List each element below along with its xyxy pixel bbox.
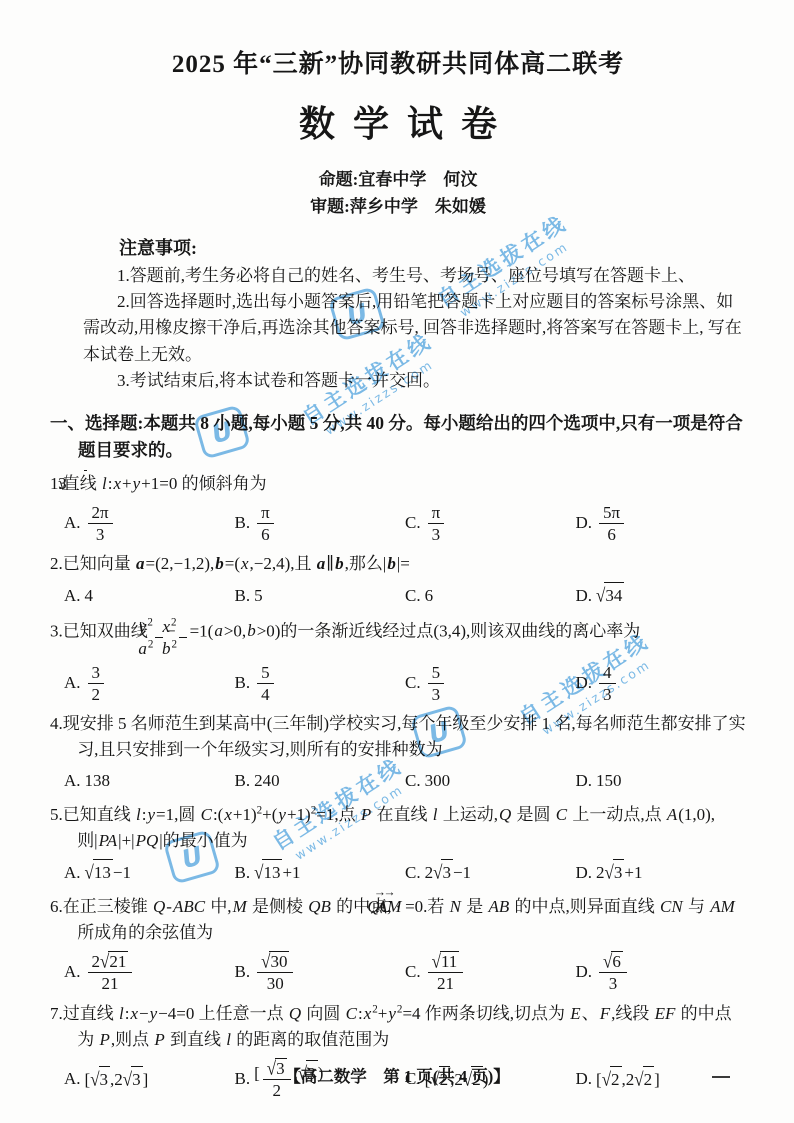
math-var: AM bbox=[709, 897, 736, 916]
math-text: 3 bbox=[92, 663, 101, 682]
fraction-denominator: 2 bbox=[88, 684, 105, 704]
math-fraction: √3030 bbox=[257, 951, 293, 993]
option-content: √63 bbox=[596, 951, 630, 993]
question-stem: 5.已知直线 l:y=1,圆 C:(x+1)2+(y+1)2=1,点 P 在直线… bbox=[50, 802, 746, 855]
option: B.240 bbox=[235, 768, 406, 794]
options-row: A.2√2121B.√3030C.√1121D.√63 bbox=[50, 951, 746, 993]
radicand: 21 bbox=[108, 951, 128, 971]
math-text: +1) bbox=[287, 805, 311, 824]
notice-heading: 注意事项: bbox=[83, 235, 746, 263]
exam-page: U 自主选拔在线 www.zizzs.com U 自主选拔在线 www.zizz… bbox=[0, 0, 794, 1123]
option-label: B. bbox=[235, 959, 251, 985]
math-text: 6 bbox=[261, 525, 270, 544]
math-text: 4 bbox=[261, 685, 270, 704]
option-label: A. bbox=[64, 768, 81, 794]
fraction-denominator: b2 bbox=[179, 638, 187, 658]
math-vector-var: a bbox=[316, 554, 327, 573]
math-text: 5 bbox=[254, 586, 263, 605]
fraction-numerator: 5 bbox=[428, 663, 445, 684]
option: A.138 bbox=[64, 768, 235, 794]
math-text: 138 bbox=[85, 771, 111, 790]
math-var: Q bbox=[498, 805, 512, 824]
radicand: 34 bbox=[604, 582, 624, 609]
radical-sign-icon: √ bbox=[261, 951, 270, 972]
math-var: EF bbox=[654, 1004, 677, 1023]
math-var: l bbox=[135, 805, 142, 824]
option: B.5 bbox=[235, 583, 406, 609]
math-text: =(2,−1,2), bbox=[146, 554, 215, 573]
exam-title: 2025 年“三新”协同教研共同体高二联考 bbox=[50, 46, 746, 85]
radical-sign-icon: √ bbox=[596, 582, 605, 612]
math-superscript: 2 bbox=[148, 638, 154, 650]
math-text: 240 bbox=[254, 771, 280, 790]
option: C.6 bbox=[405, 583, 576, 609]
math-text: :( bbox=[213, 805, 223, 824]
option-label: B. bbox=[235, 768, 251, 794]
option: B.54 bbox=[235, 663, 406, 704]
math-text: 与 bbox=[684, 897, 710, 916]
option-content: 5 bbox=[254, 583, 263, 609]
question-stem: 2.已知向量 a=(2,−1,2),b=(x,−2,4),且 a∥b,那么|b|… bbox=[50, 551, 746, 577]
math-text: ,则点 bbox=[111, 1030, 154, 1049]
math-text: =1,点 bbox=[316, 805, 360, 824]
fraction-denominator: 21 bbox=[88, 973, 133, 993]
math-var: l bbox=[101, 474, 108, 493]
math-var: a bbox=[213, 621, 224, 640]
math-text: 2 bbox=[425, 863, 434, 882]
option: D.2√3+1 bbox=[576, 859, 747, 886]
options-row: A.4B.5C.6D.√34 bbox=[50, 582, 746, 609]
math-text: 3 bbox=[609, 974, 618, 993]
math-text: 3 bbox=[96, 525, 105, 544]
bylines: 命题:宜春中学 何汶 审题:萍乡中学 朱如媛 bbox=[50, 166, 746, 221]
question: 5.已知直线 l:y=1,圆 C:(x+1)2+(y+1)2=1,点 P 在直线… bbox=[50, 802, 746, 887]
math-var: Q bbox=[152, 897, 166, 916]
math-text: =( bbox=[225, 554, 240, 573]
math-var: y bbox=[138, 617, 148, 636]
math-text: 2.已知向量 bbox=[50, 554, 135, 573]
math-sqrt: √13 bbox=[254, 859, 282, 886]
math-text: − bbox=[139, 1004, 149, 1023]
option-content: √13−1 bbox=[85, 859, 131, 886]
math-var: C bbox=[555, 805, 568, 824]
radical-sign-icon: √ bbox=[603, 951, 612, 972]
question: 4.现安排 5 名师范生到某高中(三年制)学校实习,每个年级至少安排 1 名,每… bbox=[50, 711, 746, 795]
math-text: |的最小值为 bbox=[159, 831, 247, 850]
option: B.π6 bbox=[235, 503, 406, 544]
math-text: 2 bbox=[92, 685, 101, 704]
math-var: b bbox=[246, 621, 257, 640]
math-text: ,−2,4),且 bbox=[250, 554, 316, 573]
math-var: x bbox=[223, 805, 233, 824]
math-var: CN bbox=[659, 897, 684, 916]
option: D.√63 bbox=[576, 951, 747, 993]
math-fraction: π3 bbox=[428, 503, 445, 544]
notice-item: 2.回答选择题时,选出每小题答案后,用铅笔把答题卡上对应题目的答案标号涂黑、如需… bbox=[83, 289, 746, 368]
math-fraction: 54 bbox=[257, 663, 274, 704]
math-var: x bbox=[240, 554, 250, 573]
fraction-numerator: x2 bbox=[179, 617, 187, 638]
math-text: 的距离的取值范围为 bbox=[232, 1030, 389, 1049]
math-text: 3 bbox=[432, 685, 441, 704]
math-var: AM bbox=[376, 897, 403, 916]
math-text: >0, bbox=[224, 621, 246, 640]
math-text: |= bbox=[397, 554, 410, 573]
question-stem: 1.直线 l:√3x+y+1=0 的倾斜角为 bbox=[50, 470, 746, 497]
radicand: 11 bbox=[440, 951, 459, 971]
math-sqrt: √3 bbox=[605, 859, 625, 886]
option-label: D. bbox=[576, 670, 593, 696]
math-text: =4 作两条切线,切点为 bbox=[402, 1004, 569, 1023]
question-stem: 6.在正三棱锥 Q-ABC 中,M 是侧棱 QB 的中点,→QC·→AM=0.若… bbox=[50, 894, 746, 947]
option-content: 43 bbox=[596, 663, 619, 704]
option-content: √3030 bbox=[254, 951, 296, 993]
math-text: +1) bbox=[233, 805, 257, 824]
math-text: 到直线 bbox=[166, 1030, 226, 1049]
math-text: 上一动点,点 bbox=[568, 805, 666, 824]
option-content: 2√3+1 bbox=[596, 859, 642, 886]
math-text: 所成角的余弦值为 bbox=[77, 923, 213, 942]
question: 2.已知向量 a=(2,−1,2),b=(x,−2,4),且 a∥b,那么|b|… bbox=[50, 551, 746, 610]
question: 6.在正三棱锥 Q-ABC 中,M 是侧棱 QB 的中点,→QC·→AM=0.若… bbox=[50, 894, 746, 994]
math-superscript: 2 bbox=[171, 638, 177, 650]
option-content: 300 bbox=[425, 768, 451, 794]
math-fraction: 2π3 bbox=[88, 503, 113, 544]
math-sqrt: √21 bbox=[100, 951, 128, 971]
question: 3.已知双曲线 y2a2−x2b2=1(a>0,b>0)的一条渐近线经过点(3,… bbox=[50, 617, 746, 704]
option-label: B. bbox=[235, 583, 251, 609]
fraction-numerator: π bbox=[257, 503, 274, 524]
math-text: +1 bbox=[624, 863, 642, 882]
fraction-numerator: √6 bbox=[599, 951, 627, 973]
math-text: 21 bbox=[101, 974, 118, 993]
math-var: A bbox=[666, 805, 678, 824]
math-text: 上运动, bbox=[438, 805, 498, 824]
fraction-numerator: 2π bbox=[88, 503, 113, 524]
math-sqrt: √34 bbox=[596, 582, 624, 609]
math-text: π bbox=[432, 503, 441, 522]
math-text: 6.在正三棱锥 bbox=[50, 897, 152, 916]
math-sqrt: √11 bbox=[432, 951, 460, 971]
math-text: 4 bbox=[603, 663, 612, 682]
fraction-denominator: 3 bbox=[599, 973, 627, 993]
options-row: A.32B.54C.53D.43 bbox=[50, 663, 746, 704]
option-label: C. bbox=[405, 583, 421, 609]
fraction-numerator: 3 bbox=[88, 663, 105, 684]
option-label: C. bbox=[405, 510, 421, 536]
notice-item: 1.答题前,考生务必将自己的姓名、考生号、考场号、座位号填写在答题卡上、 bbox=[83, 263, 746, 289]
math-fraction: x2b2 bbox=[179, 617, 187, 658]
math-var: x bbox=[161, 617, 171, 636]
option-label: A. bbox=[64, 959, 81, 985]
math-var: ABC bbox=[172, 897, 206, 916]
math-var: x bbox=[129, 1004, 139, 1023]
option-content: 5π6 bbox=[596, 503, 627, 544]
exam-subtitle: 数学试卷 bbox=[50, 97, 746, 153]
math-text: 6 bbox=[425, 586, 434, 605]
option: C.2√3−1 bbox=[405, 859, 576, 886]
math-text: +( bbox=[262, 805, 277, 824]
math-var: AB bbox=[488, 897, 511, 916]
notice-section: 注意事项: 1.答题前,考生务必将自己的姓名、考生号、考场号、座位号填写在答题卡… bbox=[83, 235, 746, 395]
option-label: A. bbox=[64, 510, 81, 536]
page-content: 2025 年“三新”协同教研共同体高二联考 数学试卷 命题:宜春中学 何汶 审题… bbox=[0, 0, 794, 1100]
fraction-numerator: π bbox=[428, 503, 445, 524]
math-var: b bbox=[161, 639, 172, 658]
option-label: B. bbox=[235, 510, 251, 536]
radicand: 13 bbox=[93, 859, 113, 886]
math-var: Q bbox=[288, 1004, 302, 1023]
math-text: −4=0 上任意一点 bbox=[158, 1004, 288, 1023]
fraction-denominator: 4 bbox=[257, 684, 274, 704]
option-content: 32 bbox=[85, 663, 108, 704]
radicand: 13 bbox=[262, 859, 282, 886]
math-text: + bbox=[122, 474, 132, 493]
math-sqrt: √13 bbox=[85, 859, 113, 886]
option-content: π3 bbox=[425, 503, 448, 544]
option-content: 150 bbox=[596, 768, 622, 794]
option-content: π6 bbox=[254, 503, 277, 544]
fraction-denominator: 3 bbox=[428, 684, 445, 704]
math-var: E bbox=[569, 1004, 581, 1023]
radicand: 3 bbox=[84, 470, 87, 497]
radicand: 6 bbox=[611, 951, 623, 971]
math-text: 7.过直线 bbox=[50, 1004, 118, 1023]
fraction-denominator: 30 bbox=[257, 973, 293, 993]
math-var: a bbox=[137, 639, 148, 658]
math-text: −1 bbox=[453, 863, 471, 882]
option-label: D. bbox=[576, 583, 593, 609]
option: C.√1121 bbox=[405, 951, 576, 993]
math-text: 是 bbox=[462, 897, 488, 916]
option-content: 138 bbox=[85, 768, 111, 794]
math-text: π bbox=[261, 503, 270, 522]
option: B.√13+1 bbox=[235, 859, 406, 886]
math-var: l bbox=[225, 1030, 232, 1049]
math-var: y bbox=[132, 474, 142, 493]
option-content: √1121 bbox=[425, 951, 467, 993]
option-content: 6 bbox=[425, 583, 434, 609]
math-text: 21 bbox=[437, 974, 454, 993]
math-text: 是侧棱 bbox=[248, 897, 308, 916]
option-content: √34 bbox=[596, 582, 624, 609]
option: A.32 bbox=[64, 663, 235, 704]
math-var: x bbox=[363, 1004, 373, 1023]
math-text: =1( bbox=[190, 621, 214, 640]
radicand: 3 bbox=[613, 859, 625, 886]
math-vector-var: b bbox=[214, 554, 225, 573]
stray-mark bbox=[712, 1076, 730, 1078]
math-var: l bbox=[118, 1004, 125, 1023]
radical-sign-icon: √ bbox=[85, 859, 94, 889]
math-var: x bbox=[112, 474, 122, 493]
math-var: y bbox=[149, 1004, 159, 1023]
math-text: 5π bbox=[603, 503, 620, 522]
math-fraction: 32 bbox=[88, 663, 105, 704]
math-text: : bbox=[358, 1004, 363, 1023]
option-label: D. bbox=[576, 959, 593, 985]
math-var: y bbox=[277, 805, 287, 824]
math-text: 2 bbox=[596, 863, 605, 882]
math-sqrt: √3 bbox=[433, 859, 453, 886]
math-text: 2π bbox=[92, 503, 109, 522]
page-footer: 【高二数学 第 1 页(共 4 页)】 bbox=[0, 1063, 794, 1087]
radical-sign-icon: √ bbox=[605, 859, 614, 889]
math-text: =0.若 bbox=[405, 897, 449, 916]
math-text: −1 bbox=[113, 863, 131, 882]
option: A.4 bbox=[64, 583, 235, 609]
math-var: P bbox=[98, 1030, 110, 1049]
option-label: C. bbox=[405, 959, 421, 985]
math-text: 150 bbox=[596, 771, 622, 790]
math-vector-var: b bbox=[386, 554, 397, 573]
radical-sign-icon: √ bbox=[254, 859, 263, 889]
option-label: C. bbox=[405, 670, 421, 696]
math-sqrt: √30 bbox=[261, 951, 289, 971]
math-var: F bbox=[599, 1004, 611, 1023]
option-content: 2π3 bbox=[85, 503, 116, 544]
option-label: C. bbox=[405, 768, 421, 794]
math-text: 6 bbox=[607, 525, 616, 544]
fraction-numerator: 2√21 bbox=[88, 951, 133, 973]
math-text: 300 bbox=[425, 771, 451, 790]
fraction-numerator: 4 bbox=[599, 663, 616, 684]
math-text: 向圆 bbox=[302, 1004, 345, 1023]
math-fraction: π6 bbox=[257, 503, 274, 544]
math-text: 中, bbox=[206, 897, 232, 916]
math-text: +1=0 的倾斜角为 bbox=[141, 474, 266, 493]
question: 1.直线 l:√3x+y+1=0 的倾斜角为A.2π3B.π6C.π3D.5π6 bbox=[50, 470, 746, 543]
math-text: |+| bbox=[118, 831, 134, 850]
math-var: M bbox=[232, 897, 248, 916]
math-vector-var: b bbox=[334, 554, 345, 573]
math-text: 在直线 bbox=[372, 805, 432, 824]
questions: 1.直线 l:√3x+y+1=0 的倾斜角为A.2π3B.π6C.π3D.5π6… bbox=[50, 470, 746, 1100]
math-text: =1,圆 bbox=[156, 805, 200, 824]
fraction-denominator: 21 bbox=[428, 973, 464, 993]
fraction-numerator: 5π bbox=[599, 503, 624, 524]
option: B.√3030 bbox=[235, 951, 406, 993]
option: A.2π3 bbox=[64, 503, 235, 544]
radical-sign-icon: √ bbox=[100, 951, 109, 972]
math-text: 2 bbox=[92, 952, 101, 971]
option-label: D. bbox=[576, 510, 593, 536]
fraction-numerator: √30 bbox=[257, 951, 293, 973]
math-text: >0)的一条渐近线经过点(3,4),则该双曲线的离心率为 bbox=[257, 621, 641, 640]
proposer-line: 命题:宜春中学 何汶 bbox=[50, 166, 746, 194]
option-content: 4 bbox=[85, 583, 94, 609]
option-content: 53 bbox=[425, 663, 448, 704]
option: D.43 bbox=[576, 663, 747, 704]
math-superscript: 2 bbox=[147, 616, 153, 628]
option-label: D. bbox=[576, 860, 593, 886]
math-var: y bbox=[146, 805, 156, 824]
math-text: 5.已知直线 bbox=[50, 805, 135, 824]
math-sqrt: √6 bbox=[603, 951, 623, 971]
math-text: 3 bbox=[603, 685, 612, 704]
math-text: 3.已知双曲线 bbox=[50, 621, 152, 640]
option-label: A. bbox=[64, 860, 81, 886]
option: D.150 bbox=[576, 768, 747, 794]
section-title: 一、选择题:本题共 8 小题,每小题 5 分,共 40 分。每小题给出的四个选项… bbox=[50, 410, 746, 464]
options-row: A.√13−1B.√13+1C.2√3−1D.2√3+1 bbox=[50, 859, 746, 886]
math-text: 、 bbox=[582, 1004, 599, 1023]
question-stem: 7.过直线 l:x−y−4=0 上任意一点 Q 向圆 C:x2+y2=4 作两条… bbox=[50, 1001, 746, 1054]
option: A.2√2121 bbox=[64, 951, 235, 993]
fraction-denominator: 3 bbox=[88, 524, 113, 544]
option: C.53 bbox=[405, 663, 576, 704]
option-content: 240 bbox=[254, 768, 280, 794]
option: D.5π6 bbox=[576, 503, 747, 544]
option-content: 54 bbox=[254, 663, 277, 704]
math-text: 30 bbox=[267, 974, 284, 993]
math-text: 4 bbox=[85, 586, 94, 605]
option-label: C. bbox=[405, 860, 421, 886]
math-text: ,那么| bbox=[345, 554, 387, 573]
math-text: + bbox=[378, 1004, 388, 1023]
math-var: N bbox=[449, 897, 462, 916]
math-var: C bbox=[345, 1004, 358, 1023]
option-label: A. bbox=[64, 583, 81, 609]
math-text: +1 bbox=[282, 863, 300, 882]
math-var: C bbox=[200, 805, 213, 824]
math-text: 5 bbox=[432, 663, 441, 682]
fraction-numerator: 5 bbox=[257, 663, 274, 684]
radical-sign-icon: √ bbox=[432, 951, 441, 972]
radical-sign-icon: √ bbox=[433, 859, 442, 889]
fraction-denominator: 3 bbox=[428, 524, 445, 544]
option: C.π3 bbox=[405, 503, 576, 544]
math-vector-var: a bbox=[135, 554, 146, 573]
math-var: y bbox=[387, 1004, 397, 1023]
math-var: PA bbox=[98, 831, 119, 850]
fraction-denominator: 3 bbox=[599, 684, 616, 704]
option-label: B. bbox=[235, 860, 251, 886]
math-fraction: 2√2121 bbox=[88, 951, 133, 993]
math-var: QB bbox=[307, 897, 332, 916]
math-fraction: 43 bbox=[599, 663, 616, 704]
fraction-denominator: 6 bbox=[599, 524, 624, 544]
options-row: A.2π3B.π6C.π3D.5π6 bbox=[50, 503, 746, 544]
math-text: 5 bbox=[261, 663, 270, 682]
math-text: 4.现安排 5 名师范生到某高中(三年制)学校实习,每个年级至少安排 1 名,每… bbox=[50, 714, 746, 759]
options-row: A.138B.240C.300D.150 bbox=[50, 768, 746, 794]
radicand: 30 bbox=[269, 951, 289, 971]
option-label: D. bbox=[576, 768, 593, 794]
radicand: 3 bbox=[441, 859, 453, 886]
math-var: PQ bbox=[135, 831, 160, 850]
math-var: P bbox=[360, 805, 372, 824]
math-fraction: √63 bbox=[599, 951, 627, 993]
notice-item: 3.考试结束后,将本试卷和答题卡一并交回。 bbox=[83, 368, 746, 394]
option-content: 2√3−1 bbox=[425, 859, 471, 886]
math-text: 的中点,则异面直线 bbox=[510, 897, 659, 916]
option-content: √13+1 bbox=[254, 859, 300, 886]
math-var: P bbox=[153, 1030, 165, 1049]
math-text: ,线段 bbox=[611, 1004, 654, 1023]
option: C.300 bbox=[405, 768, 576, 794]
math-text: ∥ bbox=[326, 554, 334, 573]
option-content: 2√2121 bbox=[85, 951, 136, 993]
math-fraction: 5π6 bbox=[599, 503, 624, 544]
question-stem: 4.现安排 5 名师范生到某高中(三年制)学校实习,每个年级至少安排 1 名,每… bbox=[50, 711, 746, 764]
fraction-numerator: √11 bbox=[428, 951, 464, 973]
question-stem: 3.已知双曲线 y2a2−x2b2=1(a>0,b>0)的一条渐近线经过点(3,… bbox=[50, 617, 746, 658]
math-text: 是圆 bbox=[512, 805, 555, 824]
option: A.√13−1 bbox=[64, 859, 235, 886]
math-fraction: √1121 bbox=[428, 951, 464, 993]
math-fraction: 53 bbox=[428, 663, 445, 704]
